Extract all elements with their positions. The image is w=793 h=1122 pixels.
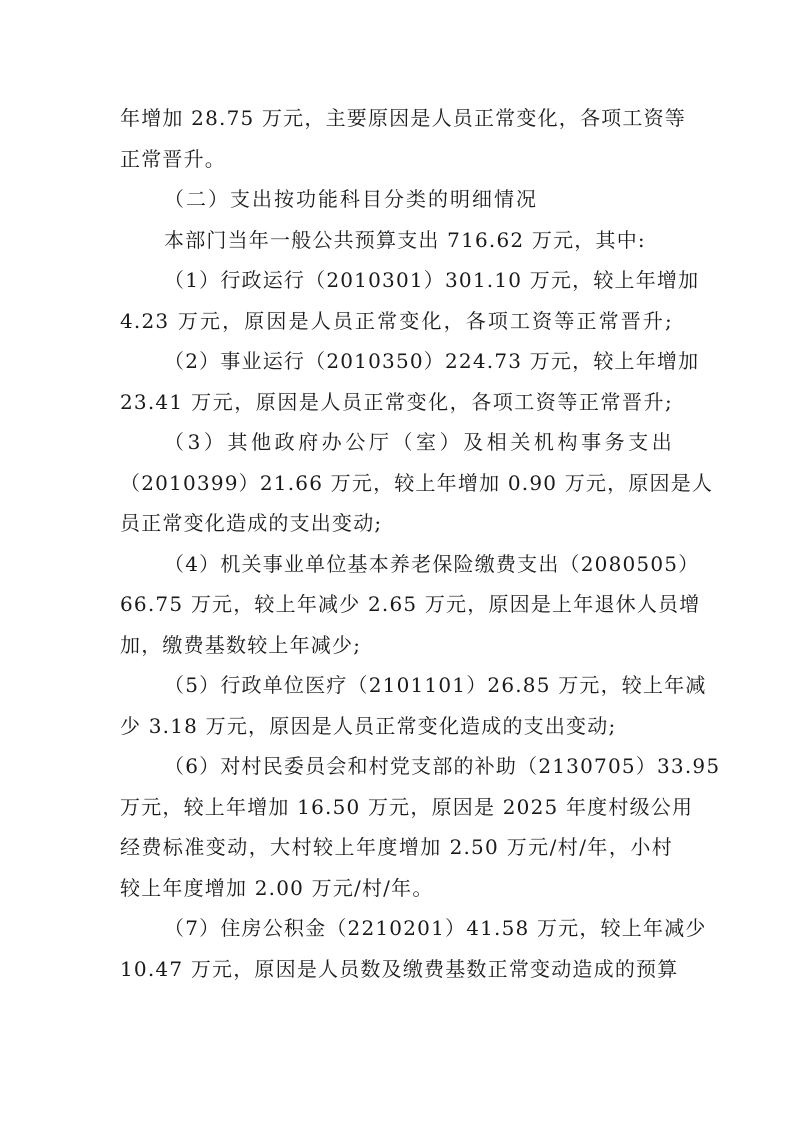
item-1-line: 4.23 万元，原因是人员正常变化，各项工资等正常晋升; <box>120 301 673 342</box>
item-6-line: （6）对村民委员会和村党支部的补助（2130705）33.95 <box>120 746 673 787</box>
item-7-line: （7）住房公积金（2210201）41.58 万元，较上年减少 <box>120 908 673 949</box>
item-7-line: 10.47 万元，原因是人员数及缴费基数正常变动造成的预算 <box>120 949 673 990</box>
item-4-line: （4）机关事业单位基本养老保险缴费支出（2080505） <box>120 544 673 585</box>
document-page: 年增加 28.75 万元，主要原因是人员正常变化，各项工资等 正常晋升。 （二）… <box>120 98 673 989</box>
item-6-line: 较上年度增加 2.00 万元/村/年。 <box>120 868 673 909</box>
item-6-line: 经费标准变动，大村较上年度增加 2.50 万元/村/年，小村 <box>120 827 673 868</box>
paragraph-line: 年增加 28.75 万元，主要原因是人员正常变化，各项工资等 <box>120 98 673 139</box>
item-1-line: （1）行政运行（2010301）301.10 万元，较上年增加 <box>120 260 673 301</box>
item-6-line: 万元，较上年增加 16.50 万元，原因是 2025 年度村级公用 <box>120 787 673 828</box>
paragraph-line: 正常晋升。 <box>120 139 673 180</box>
item-5-line: （5）行政单位医疗（2101101）26.85 万元，较上年减 <box>120 665 673 706</box>
item-4-line: 66.75 万元，较上年减少 2.65 万元，原因是上年退休人员增 <box>120 584 673 625</box>
item-4-line: 加，缴费基数较上年减少; <box>120 625 673 666</box>
item-2-line: 23.41 万元，原因是人员正常变化，各项工资等正常晋升; <box>120 382 673 423</box>
item-5-line: 少 3.18 万元，原因是人员正常变化造成的支出变动; <box>120 706 673 747</box>
item-3-line: （3）其他政府办公厅（室）及相关机构事务支出 <box>120 422 673 463</box>
section-heading: （二）支出按功能科目分类的明细情况 <box>120 179 673 220</box>
item-3-line: 员正常变化造成的支出变动; <box>120 503 673 544</box>
item-3-line: （2010399）21.66 万元，较上年增加 0.90 万元，原因是人 <box>120 463 673 504</box>
item-2-line: （2）事业运行（2010350）224.73 万元，较上年增加 <box>120 341 673 382</box>
summary-line: 本部门当年一般公共预算支出 716.62 万元，其中: <box>120 220 673 261</box>
